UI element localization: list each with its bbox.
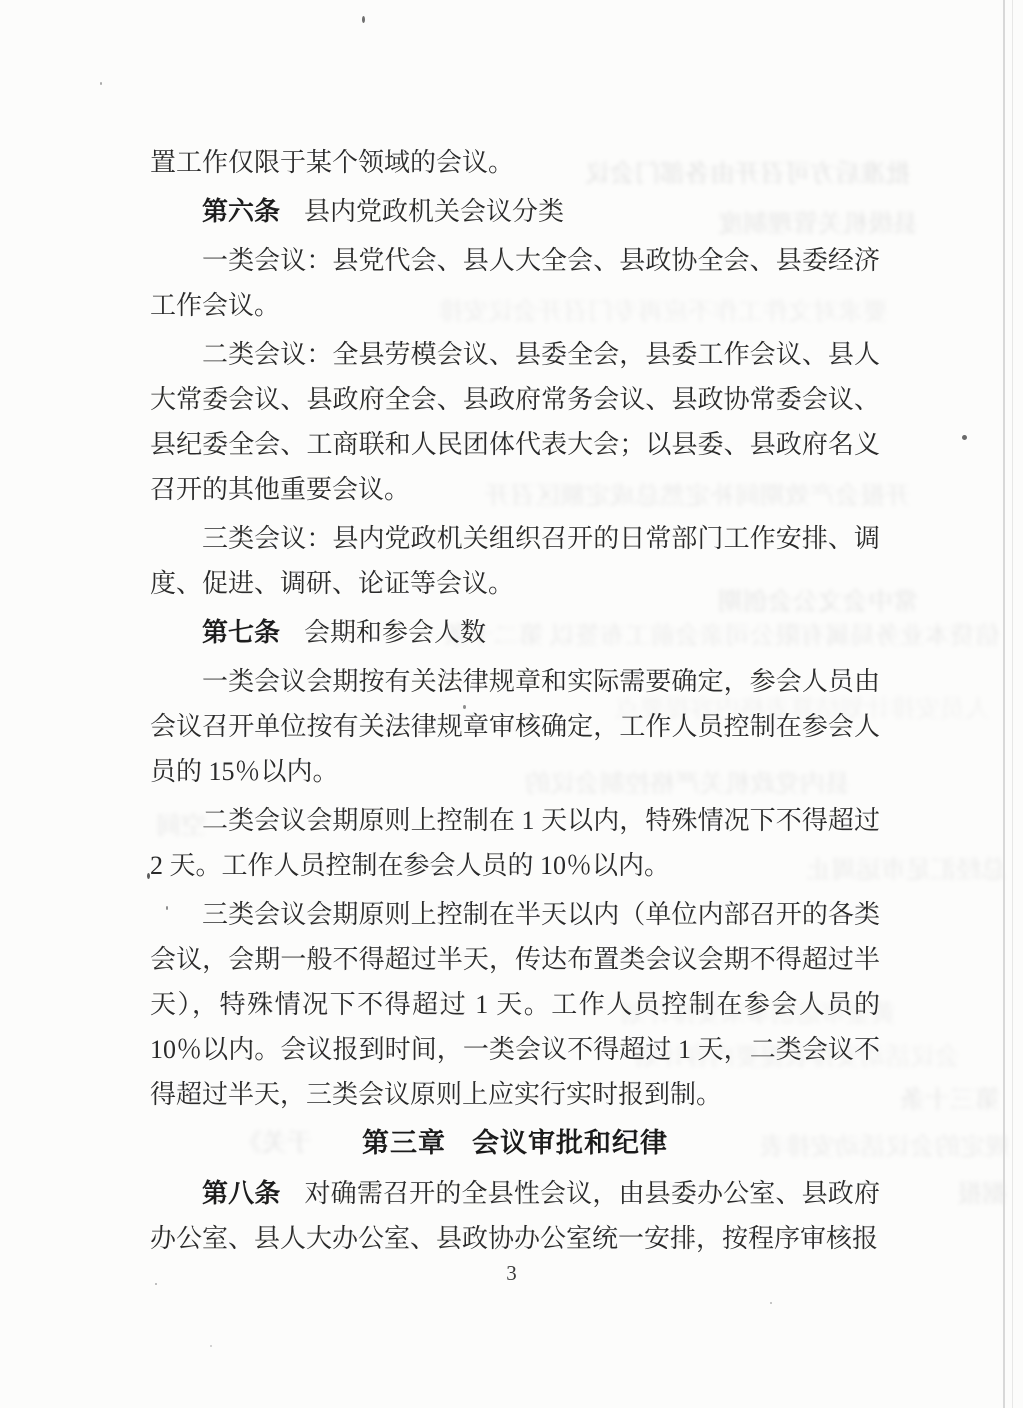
paragraph-meeting-class-3: 三类会议：县内党政机关组织召开的日常部门工作安排、调度、促进、调研、论证等会议。 bbox=[150, 516, 880, 606]
paragraph-duration-class-3: 三类会议会期原则上控制在半天以内（单位内部召开的各类会议，会期一般不得超过半天，… bbox=[150, 892, 880, 1117]
scanned-page: 批准后方可召开由各部门会议 县级机关管理制度 要求对文件工作不应再专门召开会议安… bbox=[0, 0, 1023, 1408]
article-8-label: 第八条 bbox=[202, 1179, 281, 1208]
paragraph-meeting-class-2: 二类会议：全县劳模会议、县委全会，县委工作会议、县人大常委会议、县政府全会、县政… bbox=[150, 332, 880, 512]
scan-speck bbox=[962, 435, 967, 440]
paragraph-continuation: 置工作仅限于某个领域的会议。 bbox=[150, 140, 880, 185]
scan-speck bbox=[770, 1302, 772, 1304]
scan-speck bbox=[100, 82, 102, 85]
scan-speck bbox=[210, 1345, 212, 1347]
paragraph-article-8: 第八条对确需召开的全县性会议，由县委办公室、县政府办公室、县人大办公室、县政协办… bbox=[150, 1171, 880, 1261]
article-6-heading: 第六条县内党政机关会议分类 bbox=[150, 189, 880, 234]
paragraph-meeting-class-1: 一类会议：县党代会、县人大全会、县政协全会、县委经济工作会议。 bbox=[150, 238, 880, 328]
article-7-label: 第七条 bbox=[202, 618, 280, 647]
paragraph-duration-class-1: 一类会议会期按有关法律规章和实际需要确定，参会人员由会议召开单位按有关法律规章审… bbox=[150, 659, 880, 794]
chapter-3-title: 会议审批和纪律 bbox=[472, 1128, 668, 1158]
chapter-3-heading: 第三章会议审批和纪律 bbox=[150, 1121, 880, 1166]
page-number: 3 bbox=[0, 1261, 1023, 1286]
document-body: 置工作仅限于某个领域的会议。 第六条县内党政机关会议分类 一类会议：县党代会、县… bbox=[150, 140, 880, 1265]
article-7-title: 会期和参会人数 bbox=[304, 618, 486, 647]
paragraph-duration-class-2: 二类会议会期原则上控制在 1 天以内，特殊情况下不得超过 2 天。工作人员控制在… bbox=[150, 798, 880, 888]
scan-speck bbox=[362, 16, 365, 23]
bleed-through-text: 据报 bbox=[895, 1180, 1007, 1210]
article-6-label: 第六条 bbox=[202, 197, 280, 226]
chapter-3-label: 第三章 bbox=[362, 1128, 446, 1158]
article-7-heading: 第七条会期和参会人数 bbox=[150, 610, 880, 655]
scan-edge-line bbox=[1003, 0, 1005, 1408]
scan-edge-line bbox=[1012, 0, 1013, 1408]
article-6-title: 县内党政机关会议分类 bbox=[304, 197, 564, 226]
